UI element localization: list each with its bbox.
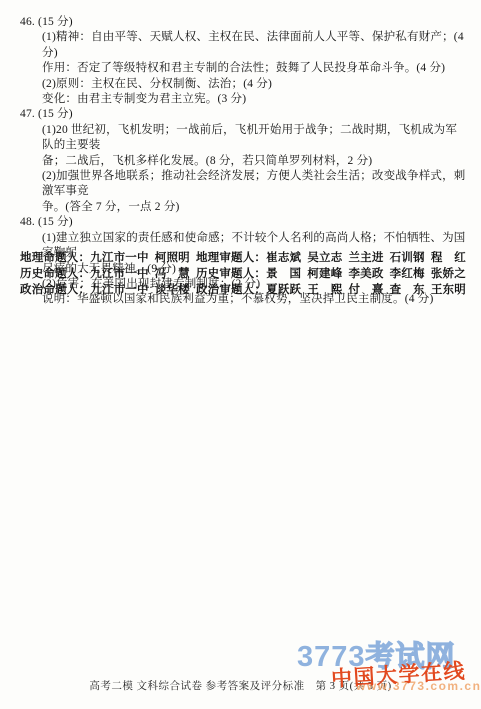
question-47-heading: 47. (15 分) xyxy=(20,107,467,122)
credits-cell: 查 东 xyxy=(390,282,425,298)
credits-cell: 李美政 xyxy=(348,266,383,282)
question-46-heading: 46. (15 分) xyxy=(20,15,467,30)
credits-cell: 历史审题人：景 国 xyxy=(196,266,301,282)
exam-credits-table: 地理命题人：九江市一中 柯照明 地理审题人：崔志斌 吴立志 兰主进 石训钢 程 … xyxy=(20,250,466,298)
answer-line: (2)加强世界各地联系；推动社会经济发展；方便人类社会生活；改变战争样式，刺激军… xyxy=(20,169,467,200)
credits-cell: 冯 慧 xyxy=(155,266,190,282)
credits-cell: 历史命题人：九江市一中 xyxy=(20,266,149,282)
credits-cell: 政治审题人：夏跃跃 xyxy=(196,282,301,298)
credits-cell: 柯照明 xyxy=(155,250,190,266)
credits-cell: 李红梅 xyxy=(390,266,425,282)
exam-answer-page: 46. (15 分) (1)精神：自由平等、天赋人权、主权在民、法律面前人人平等… xyxy=(0,0,481,709)
credits-cell: 吴立志 xyxy=(307,250,342,266)
credits-cell: 兰主进 xyxy=(348,250,383,266)
credits-cell: 柯建峰 xyxy=(307,266,342,282)
credits-cell: 地理审题人：崔志斌 xyxy=(196,250,301,266)
answer-line: 争。(答全 7 分，一点 2 分) xyxy=(20,200,467,215)
credits-row-politics: 政治命题人：九江市一中 谈华楼 政治审题人：夏跃跃 王 熙 付 熹 查 东 王东… xyxy=(20,282,466,298)
credits-cell: 王东明 xyxy=(431,282,466,298)
credits-cell: 石训钢 xyxy=(390,250,425,266)
credits-row-geography: 地理命题人：九江市一中 柯照明 地理审题人：崔志斌 吴立志 兰主进 石训钢 程 … xyxy=(20,250,466,266)
answer-line: (1)精神：自由平等、天赋人权、主权在民、法律面前人人平等、保护私有财产；(4 … xyxy=(20,30,467,61)
credits-cell: 王 熙 xyxy=(307,282,342,298)
credits-cell: 政治命题人：九江市一中 xyxy=(20,282,149,298)
credits-cell: 地理命题人：九江市一中 xyxy=(20,250,149,266)
answer-line: 作用：否定了等级特权和君主专制的合法性；鼓舞了人民投身革命斗争。(4 分) xyxy=(20,61,467,76)
credits-cell: 张娇之 xyxy=(431,266,466,282)
answer-line: (2)原则：主权在民、分权制衡、法治；(4 分) xyxy=(20,77,467,92)
answer-line: 变化：由君主专制变为君主立宪。(3 分) xyxy=(20,92,467,107)
credits-cell: 程 红 xyxy=(431,250,466,266)
credits-row-history: 历史命题人：九江市一中 冯 慧 历史审题人：景 国 柯建峰 李美政 李红梅 张娇… xyxy=(20,266,466,282)
credits-cell: 谈华楼 xyxy=(155,282,190,298)
answer-line: 备；二战后，飞机多样化发展。(8 分，若只简单罗列材料，2 分) xyxy=(20,154,467,169)
credits-cell: 付 熹 xyxy=(348,282,383,298)
answer-line: (1)20 世纪初，飞机发明；一战前后，飞机开始用于战争；二战时期，飞机成为军队… xyxy=(20,123,467,154)
question-48-heading: 48. (15 分) xyxy=(20,215,467,230)
